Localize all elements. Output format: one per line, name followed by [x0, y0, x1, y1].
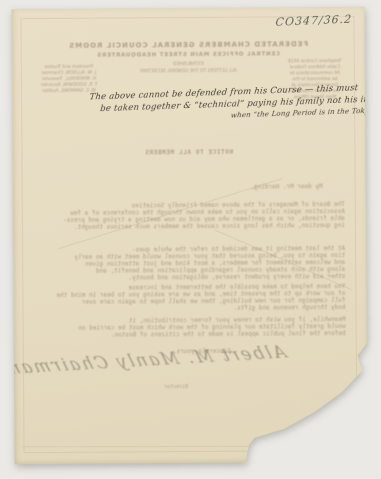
handwritten-ink-annotation: The above cannot be defended from his Co… — [72, 82, 375, 127]
bleedthrough-left-officers-block: President and Trustee J. W. ALLISON, Cha… — [34, 65, 104, 95]
bleedthrough-subject-line: NOTICE TO ALL MEMBERS — [12, 148, 365, 157]
bleedthrough-line: other aid with every prudent reserve, ob… — [43, 273, 345, 282]
bleedthrough-paragraph-4: Meanwhile, if you wish to renew your for… — [44, 316, 346, 339]
bleedthrough-letterhead-line: FEDERATED CHAMBERS GENERAL COUNCIL ROOMS — [12, 40, 365, 50]
bleedthrough-line: ing question, which has long since cause… — [43, 222, 345, 231]
scanned-document-background: CO347/36.2 FEDERATED CHAMBERS GENERAL CO… — [0, 0, 381, 479]
bleedthrough-paragraph-1: The Board of Managers of the above named… — [43, 201, 345, 231]
bleedthrough-signature-title: Director — [164, 384, 188, 391]
letter-paper: CO347/36.2 FEDERATED CHAMBERS GENERAL CO… — [11, 7, 367, 464]
paper-crease-line — [22, 446, 352, 448]
bleedthrough-letterhead-line: CENTRAL OFFICES MAIN STREET HEADQUARTERS — [12, 51, 365, 59]
bleedthrough-paragraph-2: At the last meeting it was decided to re… — [43, 245, 345, 282]
letter-paper-wrap: CO347/36.2 FEDERATED CHAMBERS GENERAL CO… — [11, 7, 367, 464]
archive-reference-handwritten: CO347/36.2 — [275, 12, 352, 28]
bleedthrough-salutation: My dear Mr. Harding, — [213, 183, 323, 191]
bleedthrough-paragraph-3: You have helped to make possible the bet… — [43, 283, 345, 313]
